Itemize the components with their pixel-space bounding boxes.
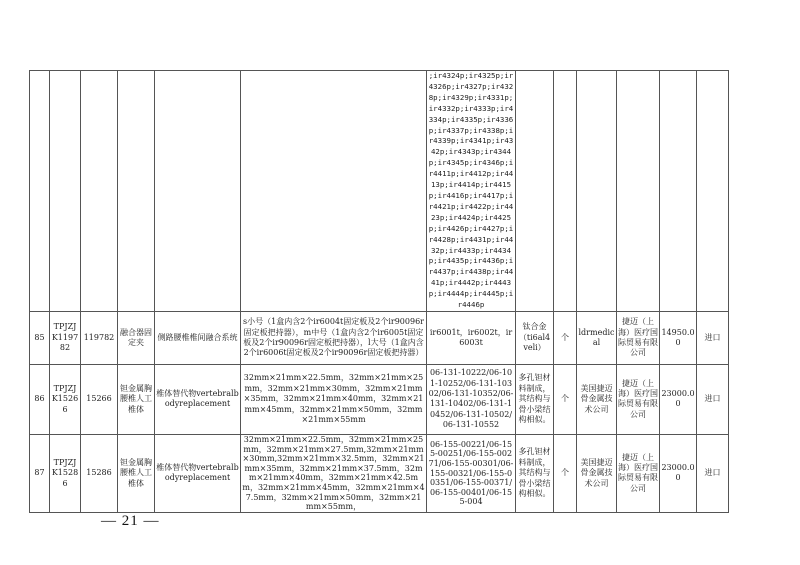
cell-manufacturer: 美国捷迈骨金属技术公司 xyxy=(577,364,617,434)
cell-manufacturer xyxy=(577,71,617,312)
cell-price: 14950.00 xyxy=(660,311,697,364)
cell-spec: 32mm×21mm×22.5mm，32mm×21mm×25mm，32mm×21m… xyxy=(241,364,427,434)
cell-unit: 个 xyxy=(554,434,577,512)
cell-origin: 进口 xyxy=(697,311,729,364)
table-row: 86 TPJZJK15266 15266 钽金属胸腰椎人工椎体 椎体替代物ver… xyxy=(30,364,729,434)
cell-reg xyxy=(81,71,118,312)
cell-no xyxy=(30,71,50,312)
cell-model: ;ir4324p;ir4325p;ir4326p;ir4327p;ir4328p… xyxy=(427,71,516,312)
cell-manufacturer: ldrmedical xyxy=(577,311,617,364)
cell-no: 86 xyxy=(30,364,50,434)
product-table: ;ir4324p;ir4325p;ir4326p;ir4327p;ir4328p… xyxy=(29,70,729,513)
table-row: 85 TPJZJK119782 119782 融合器固定夹 侧路腰椎椎间融合系统… xyxy=(30,311,729,364)
cell-model: ir6001t，ir6002t，ir6003t xyxy=(427,311,516,364)
cell-material xyxy=(516,71,554,312)
cell-category: 钽金属胸腰椎人工椎体 xyxy=(118,434,155,512)
cell-manufacturer: 美国捷迈骨金属技术公司 xyxy=(577,434,617,512)
cell-model: 06-131-10222/06-101-10252/06-131-10302/0… xyxy=(427,364,516,434)
page-number: — 21 — xyxy=(101,513,160,530)
cell-material: 多孔钽材料制成，其结构与骨小梁结构相似。 xyxy=(516,434,554,512)
cell-unit: 个 xyxy=(554,311,577,364)
cell-model: 06-155-00221/06-155-00251/06-155-00271/0… xyxy=(427,434,516,512)
cell-spec xyxy=(241,71,427,312)
cell-origin: 进口 xyxy=(697,434,729,512)
cell-origin xyxy=(697,71,729,312)
cell-company: 捷迈（上海）医疗国际贸易有限公司 xyxy=(617,434,660,512)
cell-price xyxy=(660,71,697,312)
cell-price: 23000.00 xyxy=(660,434,697,512)
cell-no: 87 xyxy=(30,434,50,512)
cell-reg: 119782 xyxy=(81,311,118,364)
cell-code: TPJZJK119782 xyxy=(50,311,81,364)
cell-name: 椎体替代物vertebralbodyreplacement xyxy=(155,364,241,434)
cell-spec: 32mm×21mm×22.5mm，32mm×21mm×25mm，32mm×21m… xyxy=(241,434,427,512)
cell-unit xyxy=(554,71,577,312)
cell-origin: 进口 xyxy=(697,364,729,434)
cell-reg: 15286 xyxy=(81,434,118,512)
cell-material: 钛合金（ti6al4veli） xyxy=(516,311,554,364)
cell-company: 捷迈（上海）医疗国际贸易有限公司 xyxy=(617,364,660,434)
cell-name: 侧路腰椎椎间融合系统 xyxy=(155,311,241,364)
cell-code: TPJZJK15286 xyxy=(50,434,81,512)
table-row: 87 TPJZJK15286 15286 钽金属胸腰椎人工椎体 椎体替代物ver… xyxy=(30,434,729,512)
cell-reg: 15266 xyxy=(81,364,118,434)
cell-company: 捷迈（上海）医疗国际贸易有限公司 xyxy=(617,311,660,364)
cell-code xyxy=(50,71,81,312)
cell-spec: s小号（1盒内含2个ir6004t固定板及2个ir90096r固定板把持器），m… xyxy=(241,311,427,364)
cell-unit: 个 xyxy=(554,364,577,434)
cell-material: 多孔钽材料制成，其结构与骨小梁结构相似。 xyxy=(516,364,554,434)
cell-name xyxy=(155,71,241,312)
cell-no: 85 xyxy=(30,311,50,364)
cell-category xyxy=(118,71,155,312)
table-row: ;ir4324p;ir4325p;ir4326p;ir4327p;ir4328p… xyxy=(30,71,729,312)
cell-company xyxy=(617,71,660,312)
cell-name: 椎体替代物vertebralbodyreplacement xyxy=(155,434,241,512)
cell-category: 融合器固定夹 xyxy=(118,311,155,364)
cell-price: 23000.00 xyxy=(660,364,697,434)
cell-category: 钽金属胸腰椎人工椎体 xyxy=(118,364,155,434)
cell-code: TPJZJK15266 xyxy=(50,364,81,434)
